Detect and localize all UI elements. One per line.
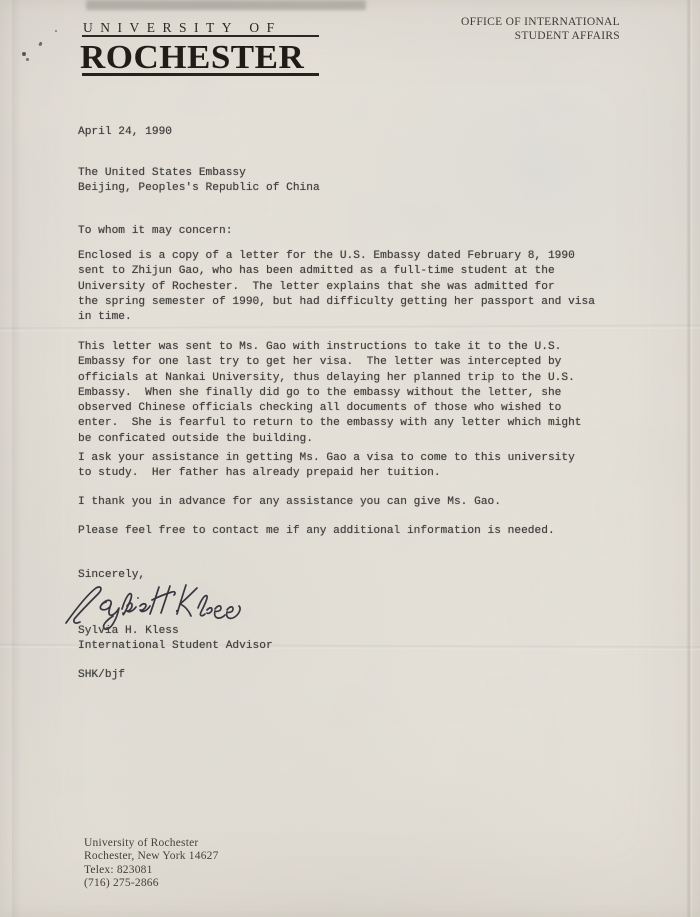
salutation: To whom it may concern: [78,224,232,239]
letterhead-rule-bottom [82,73,319,76]
recipient-address: The United States Embassy Beijing, Peopl… [78,166,320,197]
body-paragraph-5: Please feel free to contact me if any ad… [78,524,555,539]
paper-edge-shadow [12,0,21,917]
letterhead-office-name: OFFICE OF INTERNATIONAL STUDENT AFFAIRS [380,16,620,43]
body-paragraph-2: This letter was sent to Ms. Gao with ins… [78,340,582,447]
ink-speck [22,52,26,56]
letterhead-rule-top [82,35,319,37]
scanned-letter-page: UNIVERSITY OF ROCHESTER OFFICE OF INTERN… [0,0,700,917]
footer-line-institution: University of Rochester [84,837,219,850]
letter-date: April 24, 1990 [78,125,172,140]
paper-crease [686,0,692,917]
closing: Sincerely, [78,568,145,583]
ink-speck [55,30,57,32]
ink-speck [38,42,42,47]
signer-name-and-title: Sylvia H. Kless International Student Ad… [78,624,273,655]
footer-line-city: Rochester, New York 14627 [84,850,219,863]
letterhead-rochester-wordmark: ROCHESTER [80,37,304,76]
body-paragraph-4: I thank you in advance for any assistanc… [78,495,501,510]
body-paragraph-1: Enclosed is a copy of a letter for the U… [78,249,595,325]
footer-line-telex: Telex: 823081 [84,864,219,877]
scanner-shadow-strip [86,0,366,10]
letterhead-university-of: UNIVERSITY OF [83,20,282,36]
ink-speck [26,58,29,61]
paper-crease [0,324,700,331]
footer-line-phone: (716) 275-2866 [84,877,219,890]
footer-address-block: University of Rochester Rochester, New Y… [84,837,219,891]
body-paragraph-3: I ask your assistance in getting Ms. Gao… [78,451,575,482]
reference-initials: SHK/bjf [78,668,125,683]
